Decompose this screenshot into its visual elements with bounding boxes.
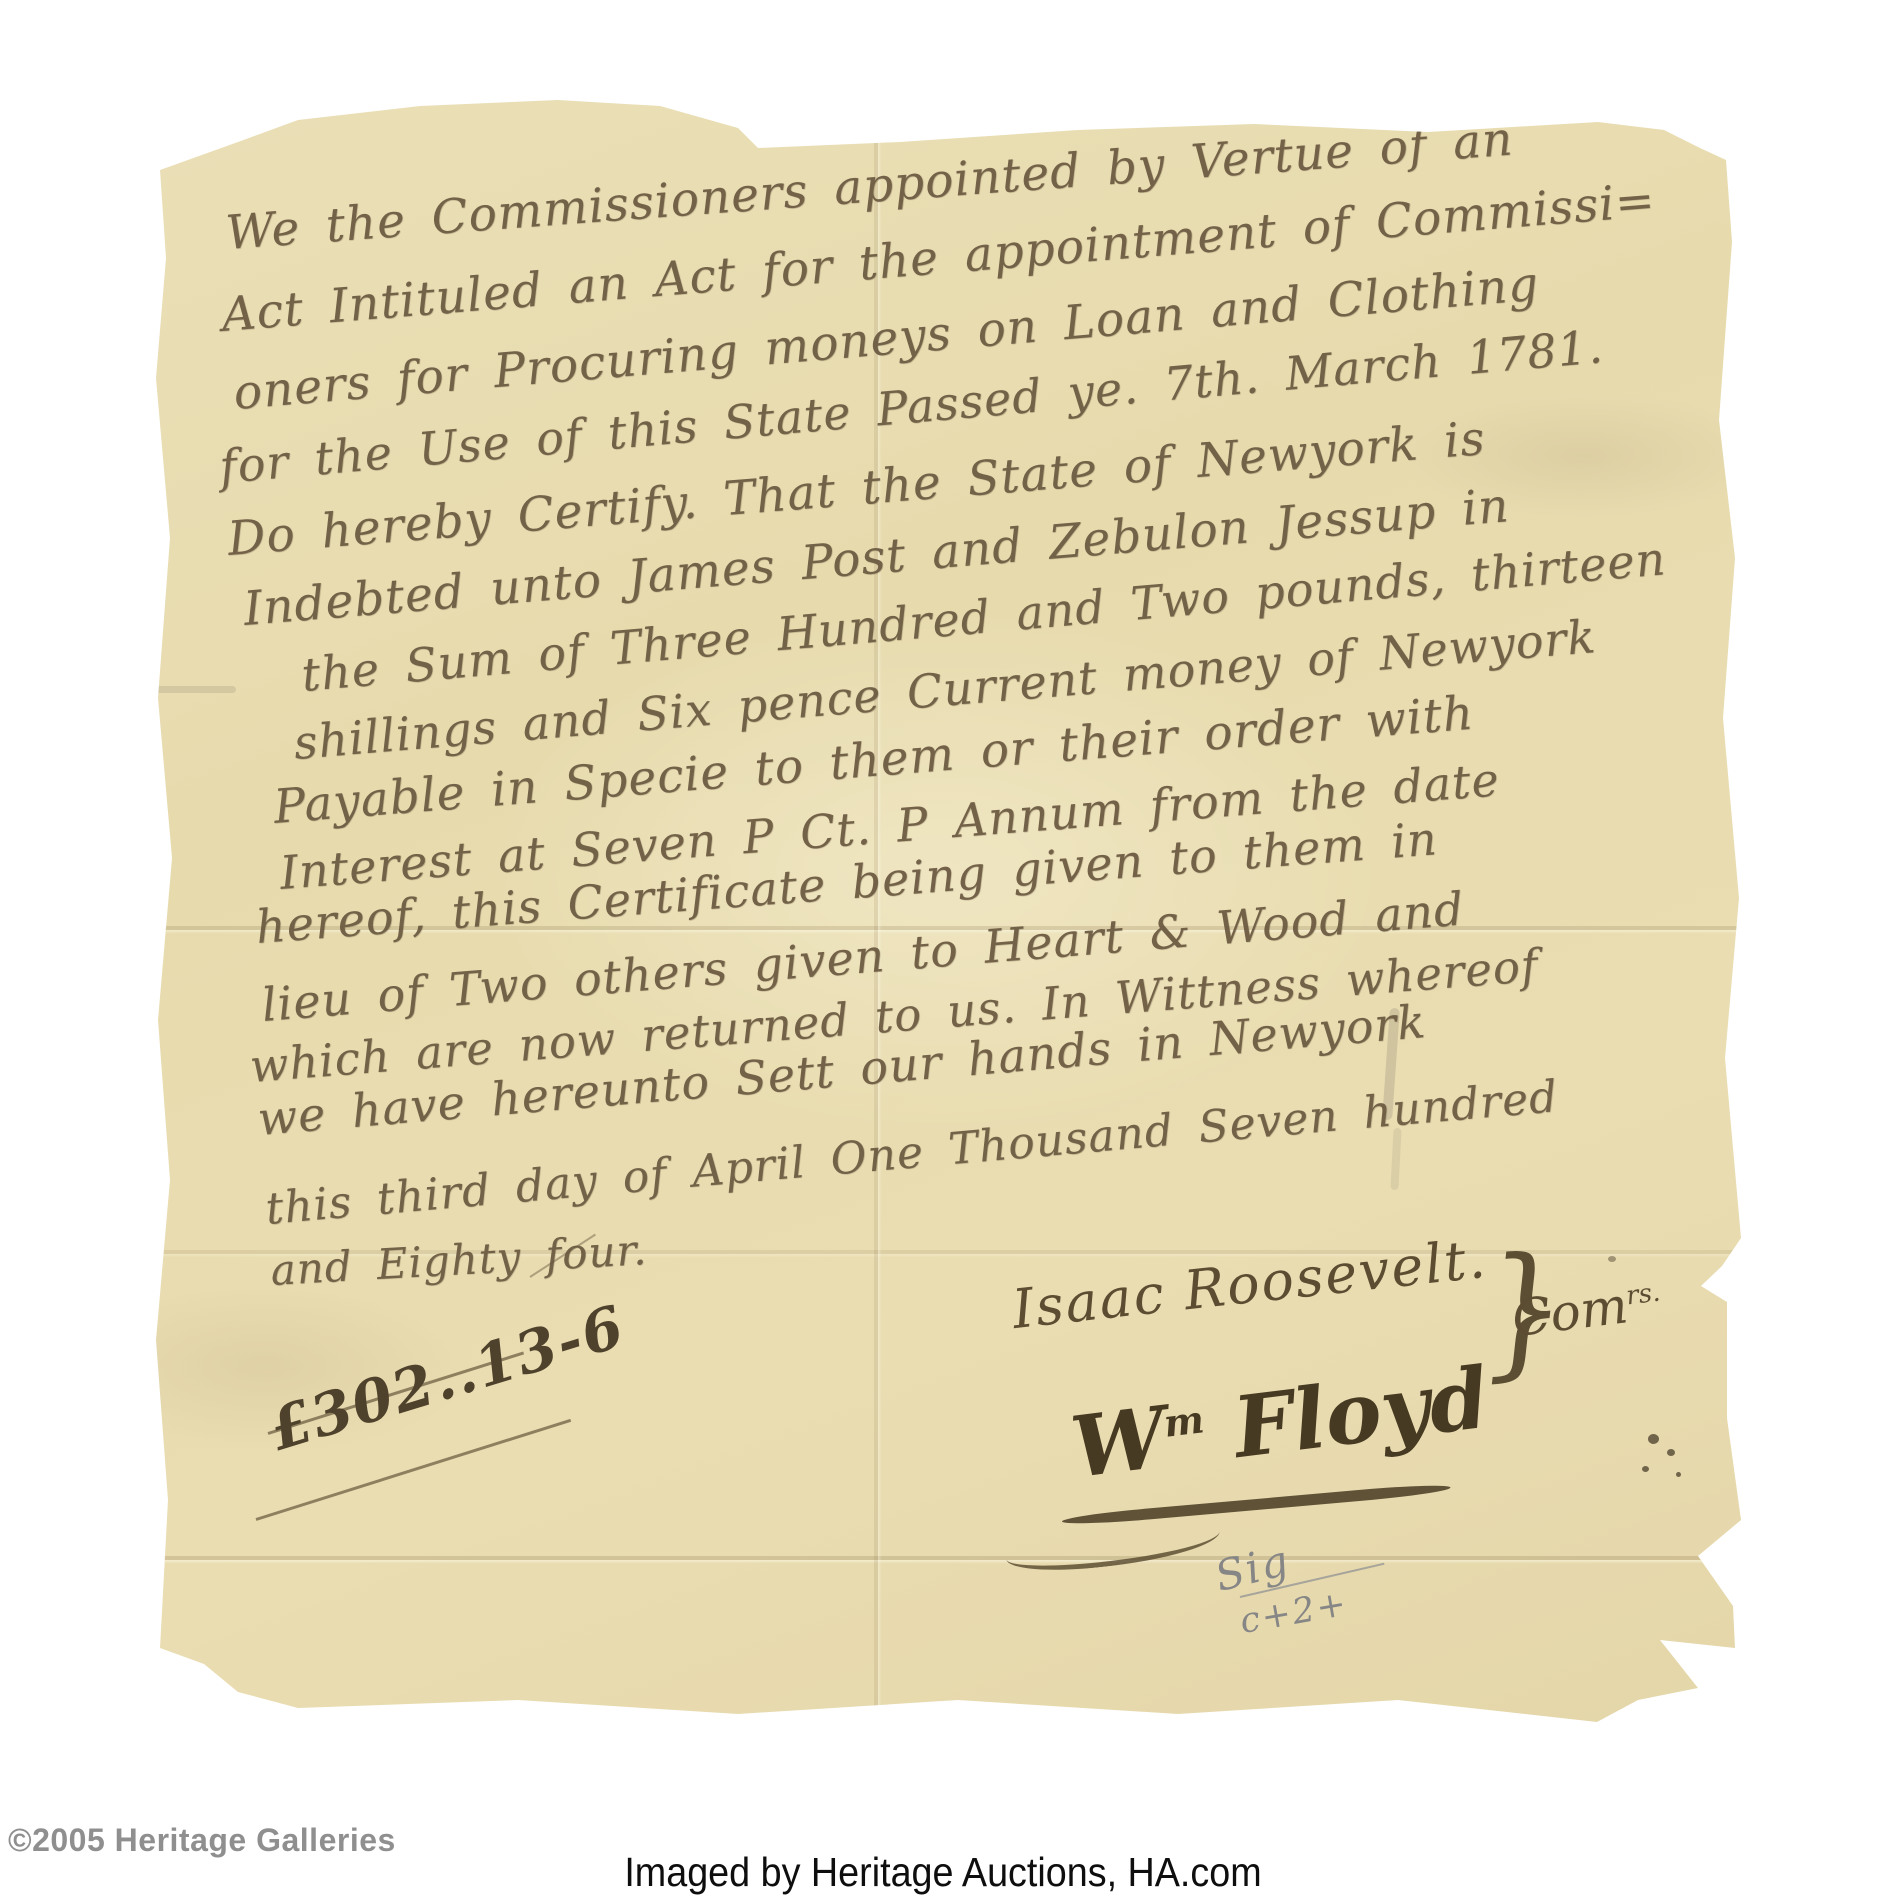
ink-speck bbox=[1676, 1472, 1681, 1477]
commissioners-superscript: rs. bbox=[1625, 1277, 1662, 1311]
signature-surname: Floyd bbox=[1199, 1348, 1493, 1481]
manuscript-line: and Eighty four. bbox=[269, 1225, 648, 1295]
ink-smudge bbox=[1390, 1128, 1401, 1190]
ink-speck bbox=[1648, 1434, 1659, 1444]
imaging-credit-caption: Imaged by Heritage Auctions, HA.com bbox=[624, 1849, 1261, 1896]
scanned-document-page: We the Commissioners appointed by Vertue… bbox=[0, 0, 1885, 1898]
ink-speck bbox=[1608, 1256, 1616, 1262]
pencil-note: Sig bbox=[1210, 1535, 1295, 1601]
signature-wm-floyd: Wm Floyd bbox=[1066, 1348, 1494, 1497]
signature-superscript: m bbox=[1161, 1397, 1206, 1446]
signature-isaac-roosevelt: Isaac Roosevelt. bbox=[1009, 1227, 1490, 1341]
manuscript-paper: We the Commissioners appointed by Vertue… bbox=[0, 0, 1885, 1898]
graphite-smudge bbox=[150, 686, 236, 693]
ink-speck bbox=[1642, 1466, 1649, 1472]
signature-loop-flourish bbox=[1004, 1514, 1222, 1577]
copyright-caption: ©2005 Heritage Galleries bbox=[8, 1822, 396, 1859]
amount-docket: £302..13-6 bbox=[262, 1292, 633, 1464]
ink-speck bbox=[1667, 1449, 1675, 1456]
signature-initial: W bbox=[1066, 1387, 1172, 1497]
horizontal-fold-crease bbox=[150, 1556, 1742, 1560]
